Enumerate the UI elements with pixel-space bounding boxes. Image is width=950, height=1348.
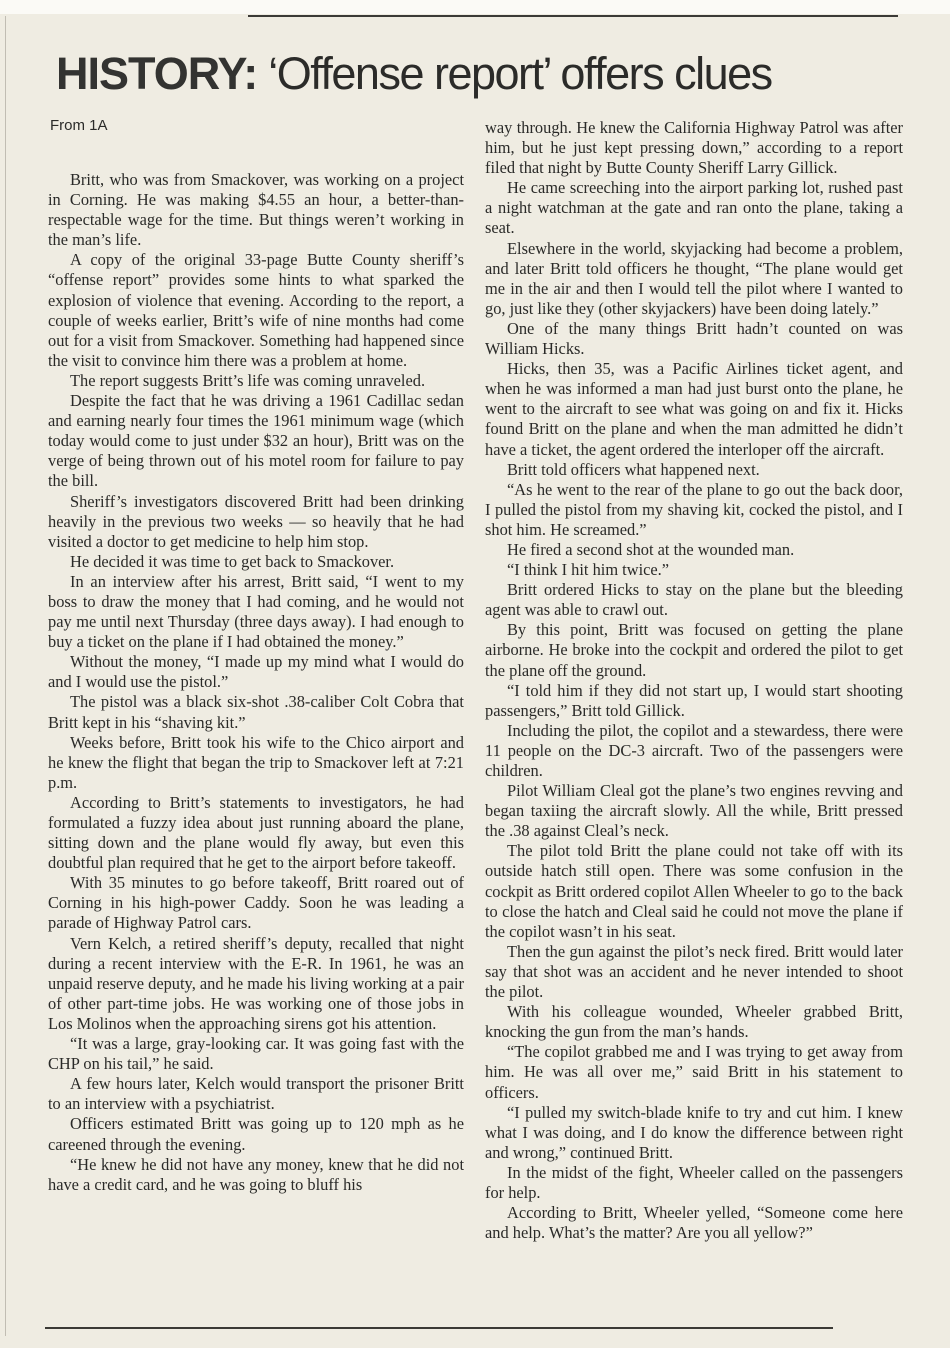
- headline-kicker: HISTORY:: [56, 48, 257, 99]
- paragraph: In an interview after his arrest, Britt …: [48, 572, 464, 652]
- article-column-right: way through. He knew the California High…: [485, 118, 903, 1243]
- paragraph: Weeks before, Britt took his wife to the…: [48, 733, 464, 793]
- scan-margin: [0, 0, 950, 14]
- article-column-left: Britt, who was from Smackover, was worki…: [48, 170, 464, 1195]
- headline-title: ‘Offense report’ offers clues: [268, 48, 771, 99]
- paragraph: Including the pilot, the copilot and a s…: [485, 721, 903, 781]
- paragraph: “As he went to the rear of the plane to …: [485, 480, 903, 540]
- paragraph: “He knew he did not have any money, knew…: [48, 1155, 464, 1195]
- paragraph: “I told him if they did not start up, I …: [485, 681, 903, 721]
- paragraph: He decided it was time to get back to Sm…: [48, 552, 464, 572]
- paragraph: Pilot William Cleal got the plane’s two …: [485, 781, 903, 841]
- paragraph: Britt, who was from Smackover, was worki…: [48, 170, 464, 250]
- paragraph: “It was a large, gray-looking car. It wa…: [48, 1034, 464, 1074]
- paragraph: “I think I hit him twice.”: [485, 560, 903, 580]
- paragraph: A copy of the original 33-page Butte Cou…: [48, 250, 464, 371]
- paragraph: One of the many things Britt hadn’t coun…: [485, 319, 903, 359]
- jump-line: From 1A: [50, 117, 108, 134]
- paragraph: The pilot told Britt the plane could not…: [485, 841, 903, 941]
- paragraph: Then the gun against the pilot’s neck fi…: [485, 942, 903, 1002]
- paragraph: Vern Kelch, a retired sheriff’s deputy, …: [48, 934, 464, 1034]
- paragraph: He fired a second shot at the wounded ma…: [485, 540, 903, 560]
- paragraph: Without the money, “I made up my mind wh…: [48, 652, 464, 692]
- paragraph: “I pulled my switch-blade knife to try a…: [485, 1103, 903, 1163]
- paragraph: By this point, Britt was focused on gett…: [485, 620, 903, 680]
- paragraph: With 35 minutes to go before takeoff, Br…: [48, 873, 464, 933]
- paragraph: With his colleague wounded, Wheeler grab…: [485, 1002, 903, 1042]
- paragraph: Sheriff’s investigators discovered Britt…: [48, 492, 464, 552]
- bottom-rule: [45, 1327, 833, 1329]
- paragraph-continuation: way through. He knew the California High…: [485, 118, 903, 178]
- page-edge-line: [5, 16, 6, 1336]
- paragraph: Officers estimated Britt was going up to…: [48, 1114, 464, 1154]
- top-rule: [248, 15, 898, 17]
- headline: HISTORY: ‘Offense report’ offers clues: [56, 44, 916, 104]
- newspaper-clipping: HISTORY: ‘Offense report’ offers clues F…: [0, 0, 950, 1348]
- paragraph: Britt told officers what happened next.: [485, 460, 903, 480]
- paragraph: A few hours later, Kelch would transport…: [48, 1074, 464, 1114]
- paragraph: Despite the fact that he was driving a 1…: [48, 391, 464, 491]
- paragraph: In the midst of the fight, Wheeler calle…: [485, 1163, 903, 1203]
- paragraph: “The copilot grabbed me and I was trying…: [485, 1042, 903, 1102]
- paragraph: Elsewhere in the world, skyjacking had b…: [485, 239, 903, 319]
- paragraph: According to Britt, Wheeler yelled, “Som…: [485, 1203, 903, 1243]
- paragraph: The pistol was a black six-shot .38-cali…: [48, 692, 464, 732]
- paragraph: The report suggests Britt’s life was com…: [48, 371, 464, 391]
- paragraph: According to Britt’s statements to inves…: [48, 793, 464, 873]
- paragraph: He came screeching into the airport park…: [485, 178, 903, 238]
- paragraph: Britt ordered Hicks to stay on the plane…: [485, 580, 903, 620]
- paragraph: Hicks, then 35, was a Pacific Airlines t…: [485, 359, 903, 459]
